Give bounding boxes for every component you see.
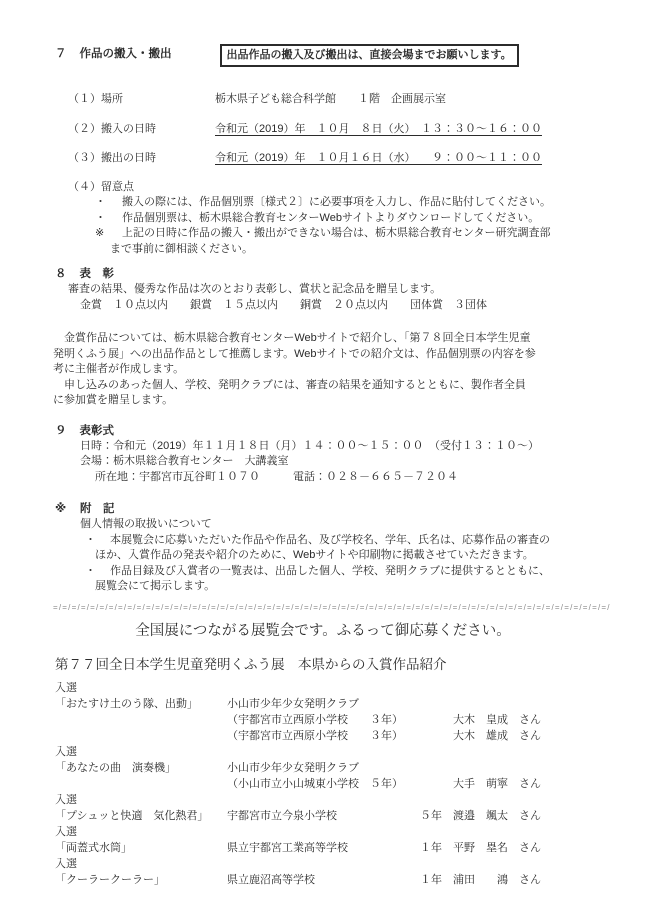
winner-award-row: 入選 (55, 824, 646, 840)
award-label: 入選 (55, 824, 227, 840)
bullet-icon: ・ (85, 533, 110, 549)
note-text: 搬入の際には、作品個別票〔様式２〕に必要事項を入力し、作品に貼付してください。 (122, 195, 551, 211)
notice-box: 出品作品の搬入及び搬出は、直接会場までお願いします。 (220, 44, 519, 67)
entry-school: 宇都宮市立今泉小学校 (227, 808, 420, 824)
note-text-continuation: まで事前に御相談ください。 (110, 242, 646, 258)
entry-grade (420, 760, 453, 776)
winners-heading: 第７７回全日本学生児童発明くふう展 本県からの入賞作品紹介 (55, 656, 646, 674)
section7-number: ７ (55, 46, 67, 62)
dashed-divider: =/=/=/=/=/=/=/=/=/=/=/=/=/=/=/=/=/=/=/=/… (53, 602, 611, 613)
entry-name: 渡邉 颯太 さん (453, 808, 541, 824)
asterisk-icon: ※ (95, 226, 122, 242)
entry-school: （宇都宮市立西原小学校 ３年） (227, 728, 420, 744)
entry-title (55, 728, 227, 744)
appendix-note: ・ 本展覧会に応募いただいた作品や作品名、及び学校名、学年、氏名は、応募作品の審… (85, 533, 646, 549)
entry-name: 平野 塁名 さん (453, 840, 541, 856)
entry-grade (420, 728, 453, 744)
winner-entry-row: （小山市立小山城東小学校 ５年）大手 萌寧 さん (55, 776, 646, 792)
winner-award-row: 入選 (55, 744, 646, 760)
entry-title: 「あなたの曲 演奏機」 (55, 760, 227, 776)
section9-title: 表彰式 (80, 423, 115, 439)
paragraph-line: 金賞作品については、栃木県総合教育センターWebサイトで紹介し、「第７８回全日本… (53, 331, 646, 347)
appendix-note-continuation: 展覧会にて掲示します。 (95, 579, 646, 595)
note-item: ※ 上記の日時に作品の搬入・搬出ができない場合は、栃木県総合教育センター研究調査… (95, 226, 646, 242)
award-label: 入選 (55, 856, 227, 872)
carry-out-row: （３）搬出の日時 令和元（2019）年 １０月１６日（水） ９：００～１１：００ (68, 151, 646, 167)
appendix-note-text: 作品目録及び入賞者の一覧表は、出品した個人、学校、発明クラブに提供するとともに、 (110, 564, 550, 580)
winner-award-row: 入選 (55, 680, 646, 696)
appendix-note-continuation: ほか、入賞作品の発表や紹介のために、Webサイトや印刷物に掲載させていただきます… (95, 548, 646, 564)
entry-grade: １年 (420, 872, 453, 888)
winner-entry-row: （宇都宮市立西原小学校 ３年）大木 雄成 さん (55, 728, 646, 744)
entry-school: 小山市少年少女発明クラブ (227, 760, 420, 776)
entry-grade (420, 712, 453, 728)
entry-school: 県立宇都宮工業高等学校 (227, 840, 420, 856)
carry-in-label: （２）搬入の日時 (68, 122, 215, 138)
awards-intro: 審査の結果、優秀な作品は次のとおり表彰し、賞状と記念品を贈呈します。 (68, 282, 646, 298)
winner-award-row: 入選 (55, 792, 646, 808)
entry-title: 「おたすけ土のう隊、出動」 (55, 696, 227, 712)
entry-school: 県立鹿沼高等学校 (227, 872, 420, 888)
winner-entry-row: 「両蓋式水筒」県立宇都宮工業高等学校１年平野 塁名 さん (55, 840, 646, 856)
entry-title (55, 712, 227, 728)
place-row: （１）場所 栃木県子ども総合科学館 １階 企画展示室 (68, 92, 646, 108)
entry-grade: ５年 (420, 808, 453, 824)
bullet-icon: ・ (95, 211, 122, 227)
award-label: 入選 (55, 680, 227, 696)
bullet-icon: ・ (85, 564, 110, 580)
appendix-title: 附 記 (80, 501, 115, 517)
winner-entry-row: 「おたすけ土のう隊、出動」小山市少年少女発明クラブ (55, 696, 646, 712)
paragraph-line: 考に主催者が作成します。 (53, 362, 646, 378)
entry-school: （小山市立小山城東小学校 ５年） (227, 776, 420, 792)
winner-entry-row: 「クーラークーラー」県立鹿沼高等学校１年浦田 鴻 さん (55, 872, 646, 888)
winner-entry-row: （宇都宮市立西原小学校 ３年）大木 皇成 さん (55, 712, 646, 728)
entry-name: 大手 萌寧 さん (453, 776, 541, 792)
entry-title: 「両蓋式水筒」 (55, 840, 227, 856)
entry-grade (420, 696, 453, 712)
winner-entry-row: 「プシュッと快適 気化熱君」宇都宮市立今泉小学校５年渡邉 颯太 さん (55, 808, 646, 824)
appendix-subtitle: 個人情報の取扱いについて (80, 517, 646, 533)
paragraph-line: に参加賞を贈呈します。 (53, 393, 646, 409)
entry-grade (420, 776, 453, 792)
slogan-text: 全国展につながる展覧会です。ふるって御応募ください。 (0, 621, 646, 641)
section9-header: ９ 表彰式 (55, 423, 646, 439)
entry-name: 大木 雄成 さん (453, 728, 541, 744)
entry-name: 大木 皇成 さん (453, 712, 541, 728)
carry-in-row: （２）搬入の日時 令和元（2019）年 １０月 ８日（火） １３：３０～１６：０… (68, 122, 646, 138)
section7-title: 作品の搬入・搬出 (80, 46, 172, 62)
section8-title: 表 彰 (80, 266, 115, 282)
notes-label: （４）留意点 (68, 180, 646, 196)
section8-header: ８ 表 彰 (55, 266, 646, 282)
entry-school: 小山市少年少女発明クラブ (227, 696, 420, 712)
ceremony-datetime: 日時：令和元（2019）年１１月１８日（月）１４：００～１５：００ （受付１３：… (80, 439, 646, 455)
winner-award-row: 入選 (55, 856, 646, 872)
document-page: ７ 作品の搬入・搬出 出品作品の搬入及び搬出は、直接会場までお願いします。 （１… (0, 0, 646, 914)
carry-out-value: 令和元（2019）年 １０月１６日（水） ９：００～１１：００ (215, 151, 542, 167)
asterisk-icon: ※ (55, 501, 80, 517)
entry-title: 「プシュッと快適 気化熱君」 (55, 808, 227, 824)
section8-number: ８ (55, 266, 67, 282)
paragraph-line: 発明くふう展」への出品作品として推薦します。Webサイトでの紹介文は、作品個別票… (53, 347, 646, 363)
entry-grade: １年 (420, 840, 453, 856)
note-text: 作品個別票は、栃木県総合教育センターWebサイトよりダウンロードしてください。 (122, 211, 539, 227)
award-label: 入選 (55, 744, 227, 760)
section9-number: ９ (55, 423, 67, 439)
section7-header: ７ 作品の搬入・搬出 出品作品の搬入及び搬出は、直接会場までお願いします。 (55, 46, 646, 67)
winner-entry-row: 「あなたの曲 演奏機」小山市少年少女発明クラブ (55, 760, 646, 776)
note-item: ・ 作品個別票は、栃木県総合教育センターWebサイトよりダウンロードしてください… (95, 211, 646, 227)
entry-name: 浦田 鴻 さん (453, 872, 541, 888)
note-text: 上記の日時に作品の搬入・搬出ができない場合は、栃木県総合教育センター研究調査部 (122, 226, 551, 242)
ceremony-address-phone: 所在地：宇都宮市瓦谷町１０７０ 電話：０２８－６６５－７２０４ (95, 470, 646, 486)
bullet-icon: ・ (95, 195, 122, 211)
place-value: 栃木県子ども総合科学館 １階 企画展示室 (215, 92, 446, 108)
appendix-note-text: 本展覧会に応募いただいた作品や作品名、及び学校名、学年、氏名は、応募作品の審査の (110, 533, 550, 549)
paragraph-line: 申し込みのあった個人、学校、発明クラブには、審査の結果を通知するとともに、製作者… (53, 378, 646, 394)
entry-title: 「クーラークーラー」 (55, 872, 227, 888)
appendix-header: ※ 附 記 (55, 501, 646, 517)
entry-title (55, 776, 227, 792)
appendix-note: ・ 作品目録及び入賞者の一覧表は、出品した個人、学校、発明クラブに提供するととも… (85, 564, 646, 580)
ceremony-venue: 会場：栃木県総合教育センター 大講義室 (80, 454, 646, 470)
entry-school: （宇都宮市立西原小学校 ３年） (227, 712, 420, 728)
carry-in-value: 令和元（2019）年 １０月 ８日（火） １３：３０～１６：００ (215, 122, 542, 138)
award-label: 入選 (55, 792, 227, 808)
note-item: ・ 搬入の際には、作品個別票〔様式２〕に必要事項を入力し、作品に貼付してください… (95, 195, 646, 211)
place-label: （１）場所 (68, 92, 215, 108)
carry-out-label: （３）搬出の日時 (68, 151, 215, 167)
awards-counts: 金賞 １０点以内 銀賞 １５点以内 銅賞 ２０点以内 団体賞 ３団体 (80, 298, 646, 314)
